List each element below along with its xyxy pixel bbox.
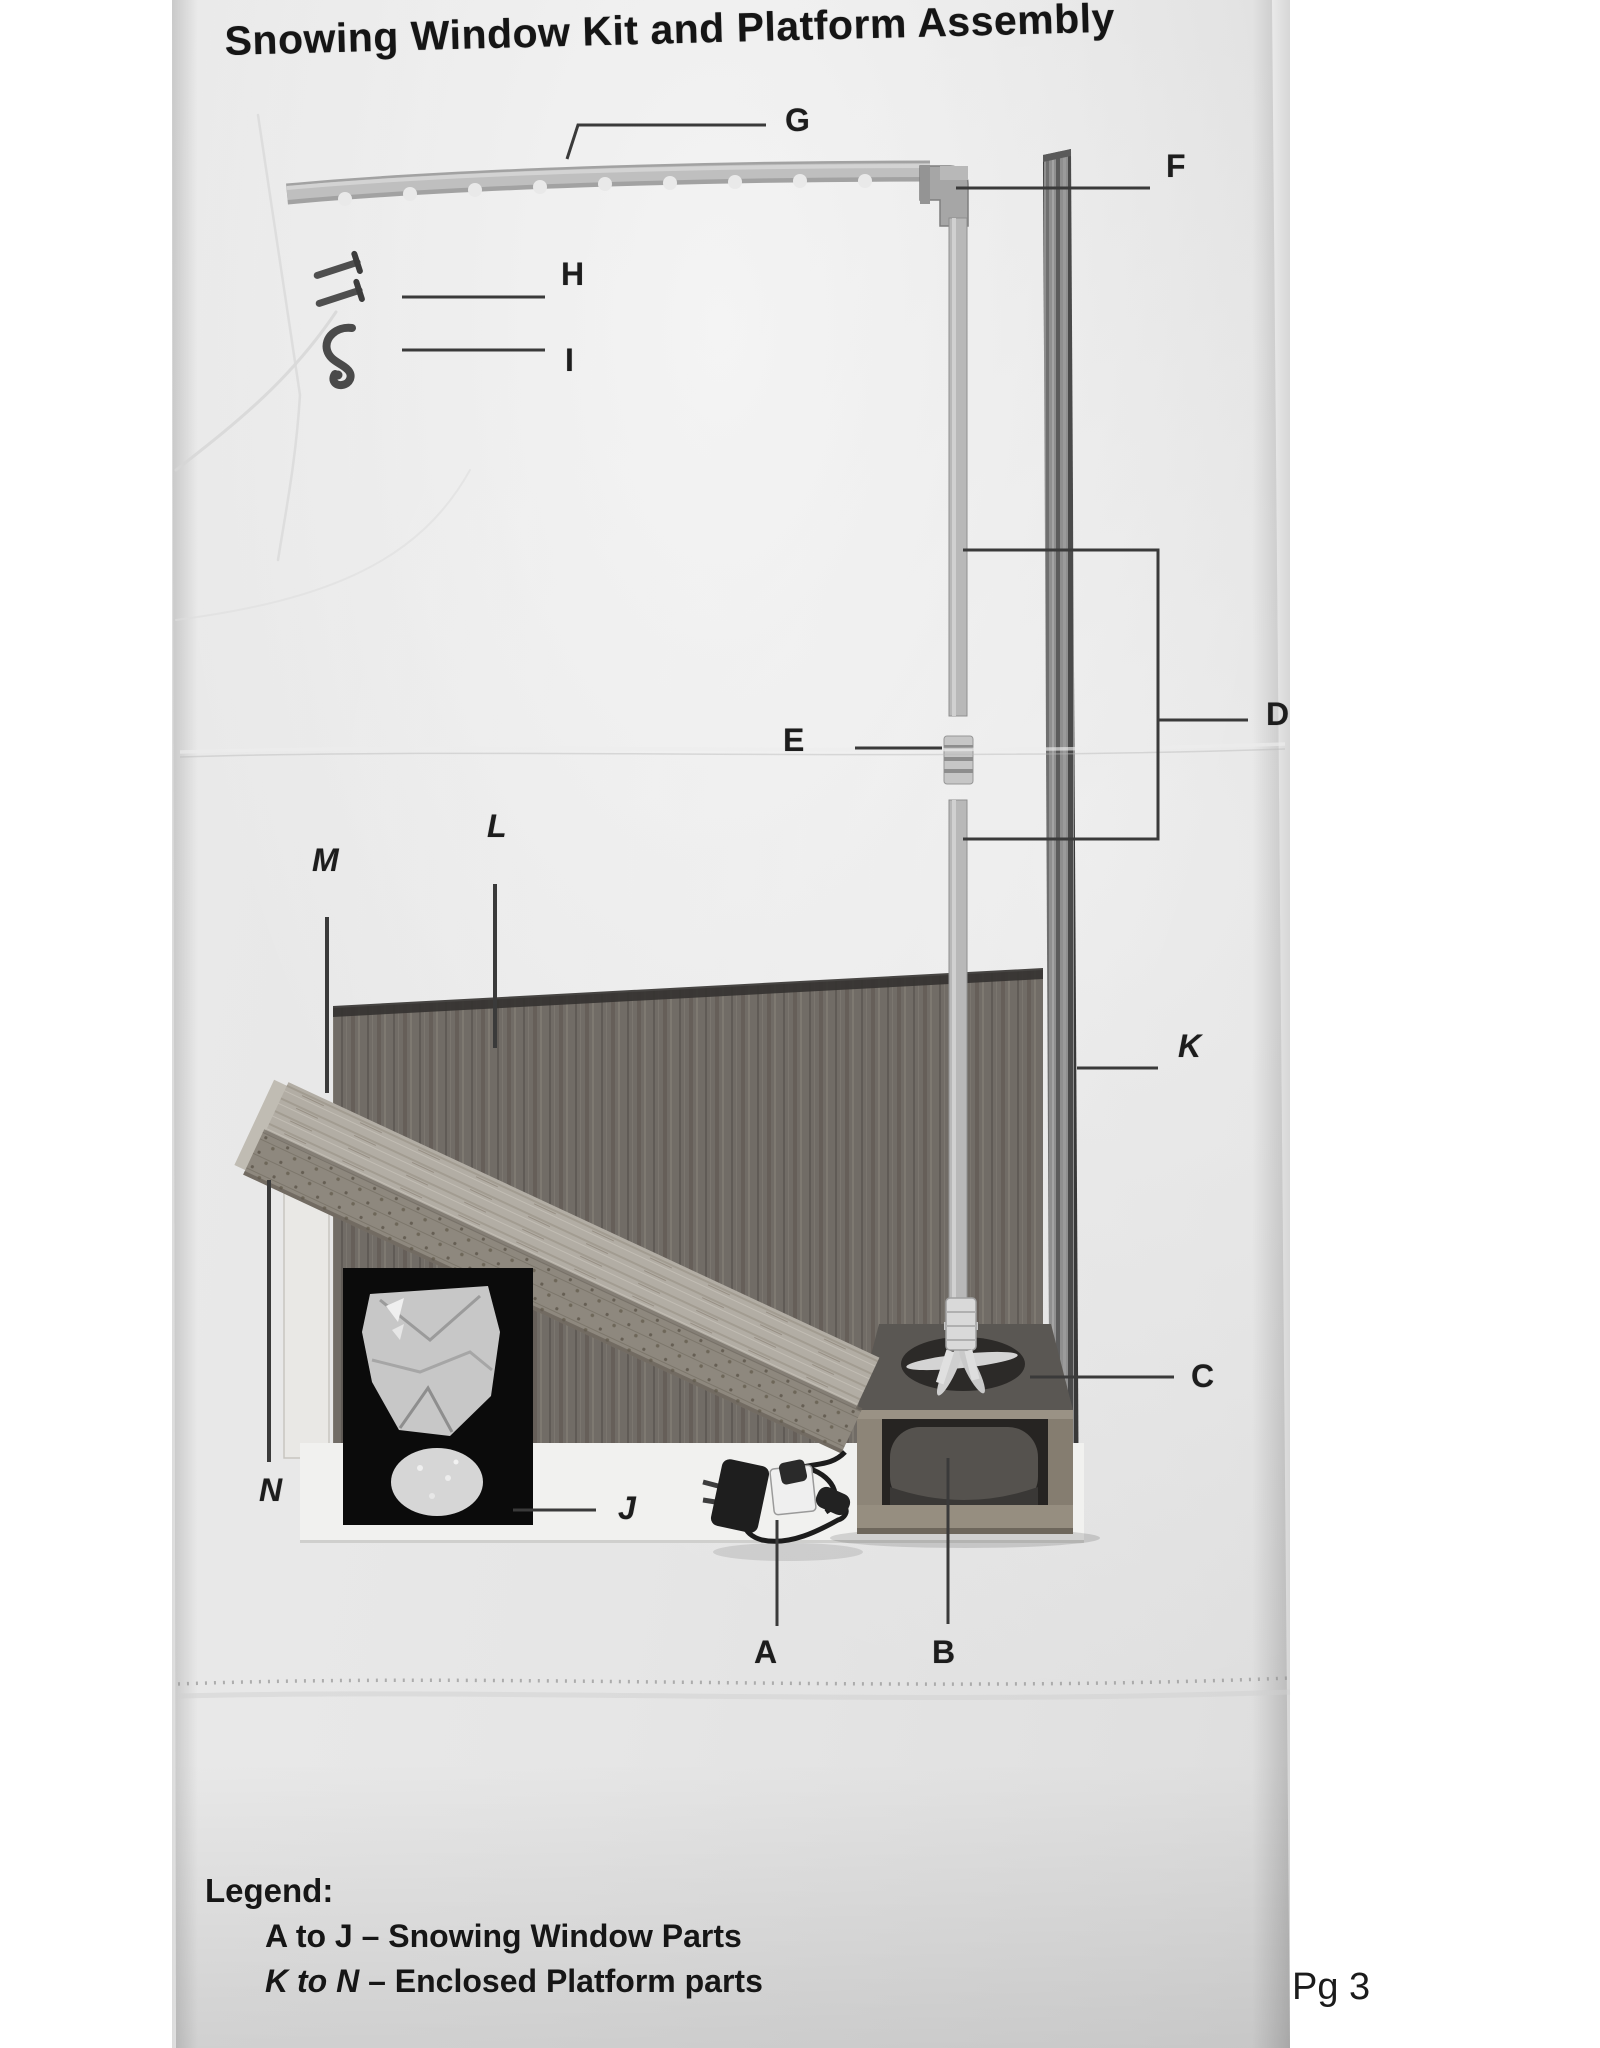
part-label-j: J [618,1492,636,1524]
legend-line-window-parts: A to J – Snowing Window Parts [265,1918,763,1955]
part-label-c: C [1191,1360,1214,1392]
part-label-m: M [312,844,339,876]
legend-line-platform-parts: K to N – Enclosed Platform parts [265,1963,763,2000]
callout-line-d [963,550,1248,839]
part-label-f: F [1166,150,1186,182]
part-coupling-e [944,736,973,784]
part-label-n: N [259,1474,282,1506]
part-snow-photo-j [343,1268,533,1525]
part-label-d: D [1266,698,1289,730]
part-elbow-f [920,166,968,226]
legend-platform-text: – Enclosed Platform parts [359,1963,763,1999]
part-screws-h [314,254,362,312]
legend-range-k-n: K to N [265,1963,359,1999]
part-label-g: G [785,104,810,136]
part-label-a: A [754,1636,777,1668]
part-label-e: E [783,724,804,756]
part-label-l: L [487,810,507,842]
assembly-diagram [0,0,1600,2048]
part-tube-upper-d [949,218,967,716]
part-hook-i [327,328,352,385]
paper-crease-middle [180,744,1285,757]
part-top-tube-g [287,166,930,206]
part-label-h: H [561,258,584,290]
legend-heading: Legend: [205,1872,763,1910]
legend: Legend: A to J – Snowing Window Parts K … [205,1872,763,2000]
page-number: Pg 3 [1292,1966,1370,2009]
callout-line-g [567,125,766,159]
part-tube-lower-d [949,800,967,1300]
part-label-i: I [565,344,574,376]
part-label-b: B [932,1636,955,1668]
paper-crease-bottom [178,1678,1290,1698]
part-label-k: K [1178,1030,1201,1062]
part-sill-n [284,1180,329,1458]
snow-pile [391,1448,483,1516]
